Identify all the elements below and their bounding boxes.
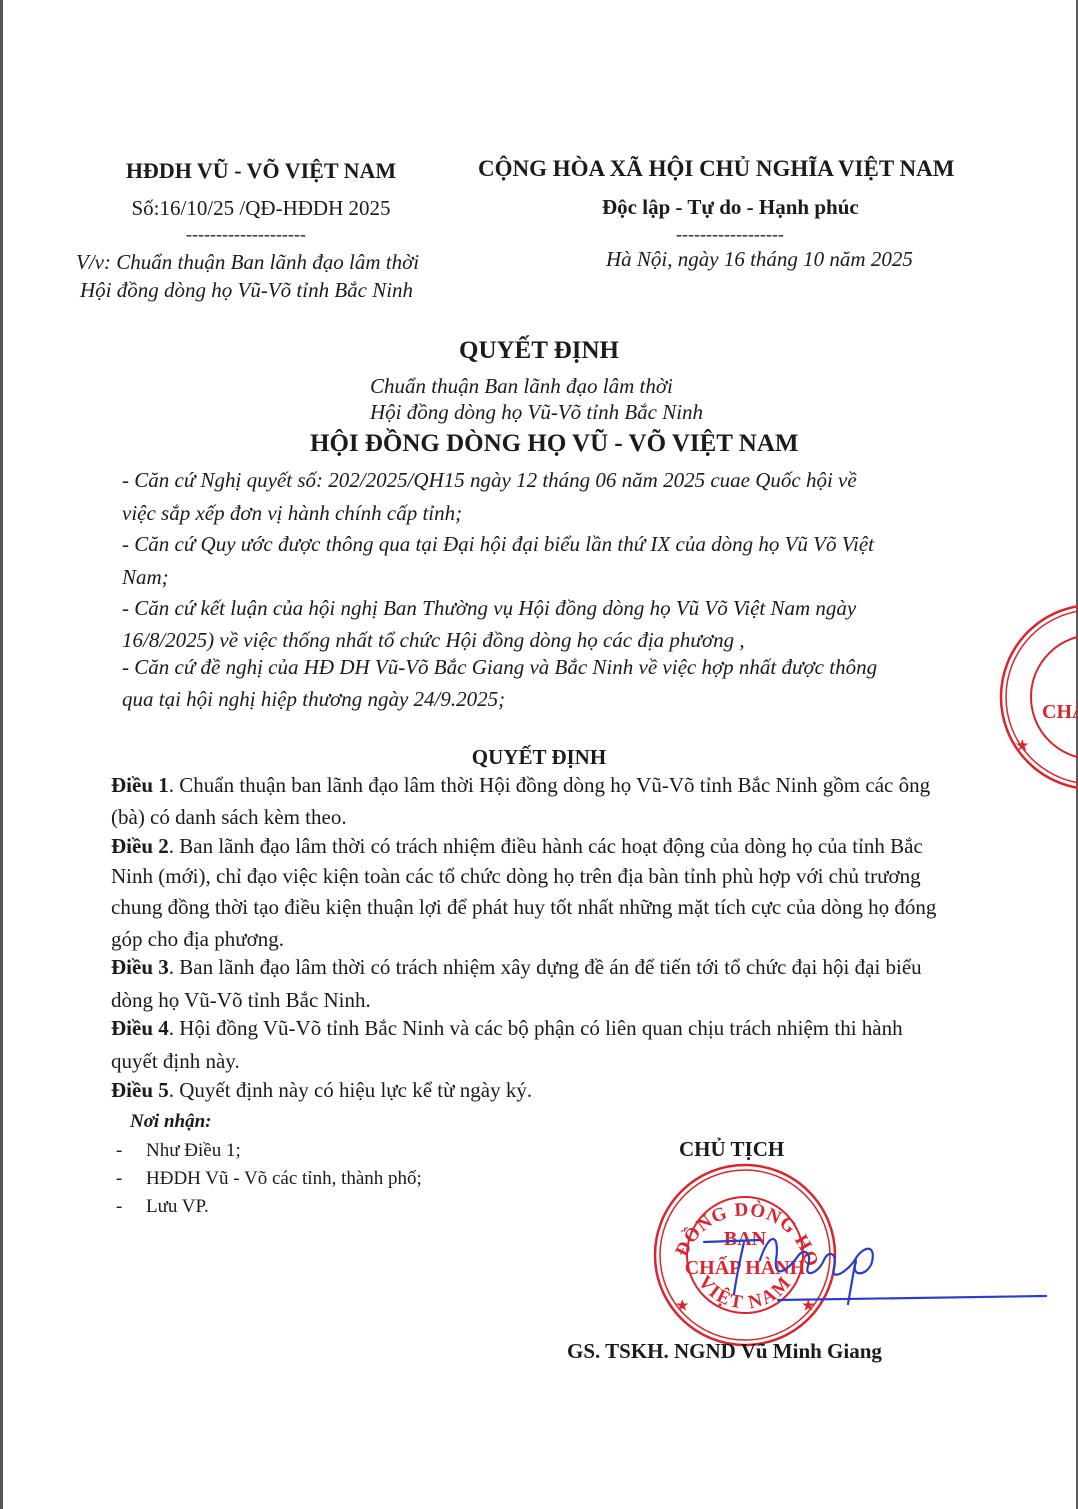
basis-line: - Căn cứ Quy ước được thông qua tại Đại … [122, 532, 874, 557]
basis-line: 16/8/2025) về việc thống nhất tổ chức Hộ… [122, 628, 745, 653]
document-number: Số:16/10/25 /QĐ-HĐDH 2025 [119, 196, 403, 221]
article-1-line-2: (bà) có danh sách kèm theo. [111, 805, 347, 830]
svg-text:★: ★ [1016, 738, 1029, 754]
article-2-line-2: Ninh (mới), chỉ đạo việc kiện toàn các t… [111, 864, 921, 889]
article-label: Điều 1 [111, 773, 169, 797]
svg-text:★: ★ [676, 1298, 689, 1314]
article-2-line-4: góp cho địa phương. [111, 927, 284, 952]
article-3-line-1: Điều 3. Ban lãnh đạo lâm thời có trách n… [111, 955, 922, 980]
article-4-line-2: quyết định này. [111, 1049, 240, 1074]
partial-seal-edge: CHẤ ★ [998, 600, 1078, 795]
issuing-authority: HỘI ĐỒNG DÒNG HỌ VŨ - VÕ VIỆT NAM [310, 430, 798, 458]
article-label: Điều 3 [111, 955, 169, 979]
handwritten-signature [700, 1220, 1050, 1320]
signatory-title: CHỦ TỊCH [679, 1137, 784, 1162]
article-3-line-2: dòng họ Vũ-Võ tỉnh Bắc Ninh. [111, 988, 371, 1013]
subject-line-2: Hội đồng dòng họ Vũ-Võ tỉnh Bắc Ninh [80, 278, 413, 303]
recipient-item: -Lưu VP. [116, 1196, 209, 1218]
article-4-line-1: Điều 4. Hội đồng Vũ-Võ tỉnh Bắc Ninh và … [111, 1016, 903, 1041]
basis-line: Nam; [122, 565, 169, 590]
subject-line-1: V/v: Chuẩn thuận Ban lãnh đạo lâm thời [76, 250, 419, 275]
article-2-line-1: Điều 2. Ban lãnh đạo lâm thời có trách n… [111, 834, 923, 859]
national-motto: Độc lập - Tự do - Hạnh phúc [602, 195, 859, 220]
article-5-line-1: Điều 5. Quyết định này có hiệu lực kể từ… [111, 1078, 532, 1103]
national-title: CỘNG HÒA XÃ HỘI CHỦ NGHĨA VIỆT NAM [478, 156, 954, 182]
basis-line: - Căn cứ kết luận của hội nghị Ban Thườn… [122, 596, 856, 621]
left-separator: -------------------- [186, 224, 306, 245]
article-label: Điều 5 [111, 1078, 169, 1102]
article-1-line-1: Điều 1. Chuẩn thuận ban lãnh đạo lâm thờ… [111, 773, 930, 798]
right-separator: ------------------ [676, 224, 784, 245]
article-2-line-3: chung đồng thời tạo điều kiện thuận lợi … [111, 895, 936, 920]
decision-heading: QUYẾT ĐỊNH [0, 745, 1078, 770]
article-label: Điều 2 [111, 834, 169, 858]
basis-line: - Căn cứ đề nghị của HĐ DH Vũ-Võ Bắc Gia… [122, 655, 877, 680]
title-subtitle-2: Hội đồng dòng họ Vũ-Võ tỉnh Bắc Ninh [370, 400, 703, 425]
place-date: Hà Nội, ngày 16 tháng 10 năm 2025 [606, 247, 913, 272]
basis-line: việc sắp xếp đơn vị hành chính cấp tỉnh; [122, 501, 462, 526]
svg-text:CHẤ: CHẤ [1042, 699, 1078, 723]
basis-line: - Căn cứ Nghị quyết số: 202/2025/QH15 ng… [122, 468, 857, 493]
title-subtitle-1: Chuẩn thuận Ban lãnh đạo lâm thời [370, 374, 673, 399]
basis-line: qua tại hội nghị hiệp thương ngày 24/9.2… [122, 687, 505, 712]
article-label: Điều 4 [111, 1016, 169, 1040]
recipient-item: -HĐDH Vũ - Võ các tỉnh, thành phố; [116, 1168, 422, 1190]
recipients-title: Nơi nhận: [130, 1111, 211, 1133]
signatory-name: GS. TSKH. NGND Vũ Minh Giang [567, 1339, 882, 1364]
recipient-item: -Như Điều 1; [116, 1140, 241, 1162]
document-title: QUYẾT ĐỊNH [0, 337, 1078, 365]
organization-name: HĐDH VŨ - VÕ VIỆT NAM [120, 158, 402, 184]
